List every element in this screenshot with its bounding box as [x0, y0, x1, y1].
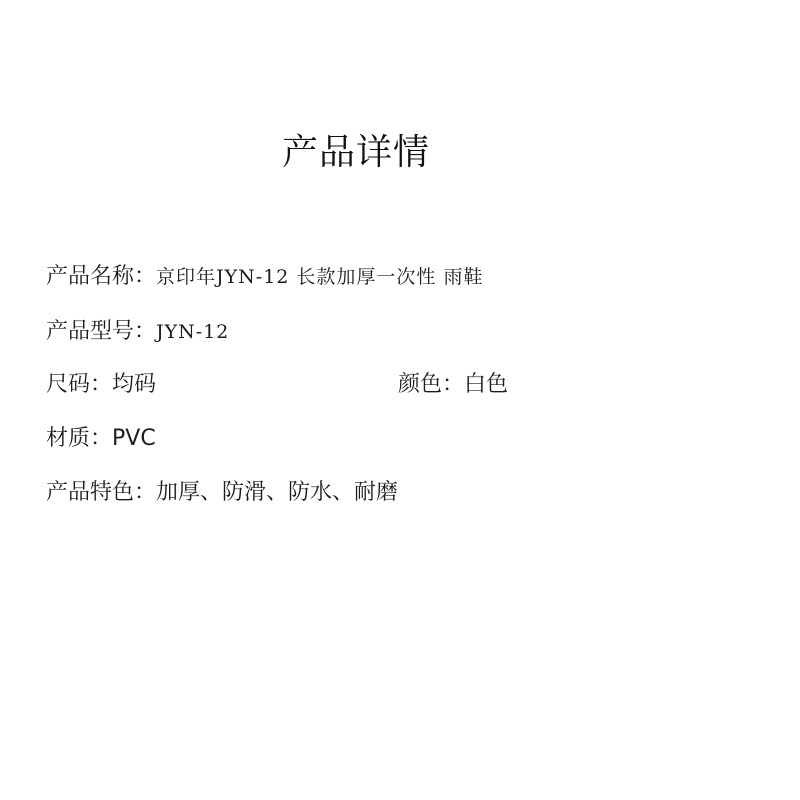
color-row: 颜色：白色	[398, 370, 508, 400]
features-value: 加厚、防滑、防水、耐磨	[156, 480, 398, 505]
features-label: 产品特色：	[46, 480, 156, 505]
features-row: 产品特色：加厚、防滑、防水、耐磨	[46, 478, 398, 508]
material-row: 材质：PVC	[46, 424, 156, 454]
product-name-value: 京印年JYN-12 长款加厚一次性 雨鞋	[156, 266, 483, 288]
material-label: 材质：	[46, 426, 112, 451]
color-value: 白色	[464, 372, 508, 397]
product-model-value: JYN-12	[156, 321, 229, 343]
product-name-row: 产品名称：京印年JYN-12 长款加厚一次性 雨鞋	[46, 262, 483, 292]
size-value: 均码	[112, 372, 156, 397]
page-title: 产品详情	[0, 128, 712, 178]
size-label: 尺码：	[46, 372, 112, 397]
size-row: 尺码：均码	[46, 370, 156, 400]
product-model-label: 产品型号：	[46, 319, 156, 344]
product-model-row: 产品型号：JYN-12	[46, 317, 229, 347]
material-value: PVC	[112, 426, 156, 451]
color-label: 颜色：	[398, 372, 464, 397]
product-name-label: 产品名称：	[46, 264, 156, 289]
